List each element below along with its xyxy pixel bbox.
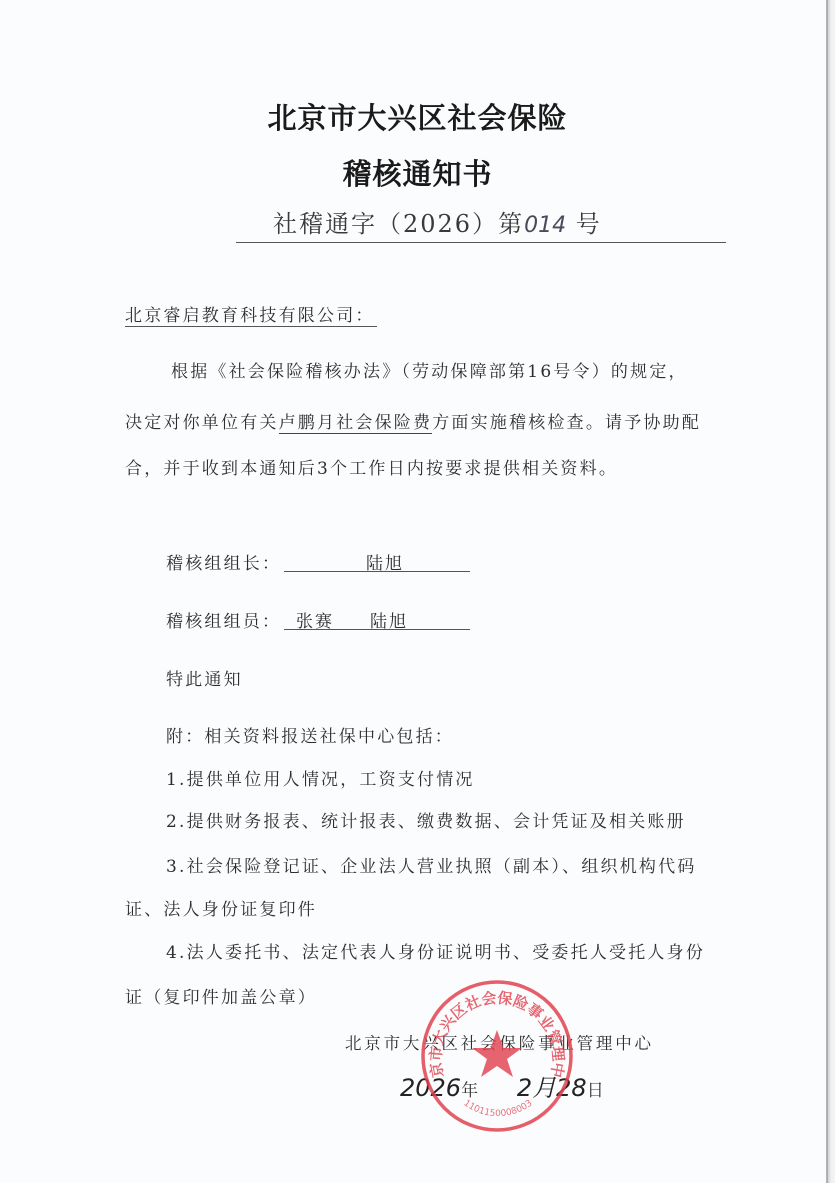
date-day-unit: 日 (587, 1081, 604, 1101)
addressee: 北京睿启教育科技有限公司： (125, 301, 377, 327)
date-year-unit: 年 (461, 1081, 478, 1101)
official-seal-icon: 北京市大兴区社会保险事业管理中心 1101150008003 (419, 978, 575, 1134)
members-fill-line: 张赛 陆旭 (284, 607, 470, 630)
members-label: 稽核组组员： (166, 607, 281, 632)
notice-closing: 特此通知 (166, 665, 243, 690)
attachment-item: 3.社会保险登记证、企业法人营业执照（副本）、组织机构代码 (166, 852, 697, 877)
body-paragraph-3: 合，并于收到本通知后3个工作日内按要求提供相关资料。 (125, 454, 618, 479)
document-number: 社稽通字（2026）第014 号 (273, 204, 602, 239)
attachment-item: 1.提供单位用人情况，工资支付情况 (166, 765, 475, 790)
document-title-line2: 稽核通知书 (0, 152, 835, 193)
attachment-item-continuation: 证（复印件加盖公章） (125, 983, 317, 1008)
member-name: 陆旭 (370, 607, 408, 632)
issuer-name: 北京市大兴区社会保险事业管理中心 (345, 1030, 654, 1054)
member-name: 张赛 (296, 607, 334, 632)
date-year: 2026 (400, 1074, 461, 1102)
attachment-item: 2.提供财务报表、统计报表、缴费数据、会计凭证及相关账册 (166, 807, 686, 832)
leader-name: 陆旭 (366, 549, 404, 574)
document-number-prefix: 社稽通字（2026）第 (273, 210, 524, 238)
document-number-handwritten: 014 (524, 213, 566, 238)
body-paragraph-1: 根据《社会保险稽核办法》（劳动保障部第16号令）的规定， (171, 357, 688, 382)
body-paragraph-2: 决定对你单位有关卢鹏月社会保险费方面实施稽核检查。请予协助配 (125, 408, 701, 433)
date-month-day: 2月28 (517, 1074, 587, 1102)
attachment-item-continuation: 证、法人身份证复印件 (125, 895, 317, 920)
header-divider (236, 242, 726, 243)
document-title-line1: 北京市大兴区社会保险 (0, 96, 835, 137)
body-paragraph-2-before: 决定对你单位有关 (125, 413, 279, 433)
attachments-title: 附：相关资料报送社保中心包括： (166, 722, 454, 747)
audit-subject-underlined: 卢鹏月社会保险费 (279, 413, 433, 434)
svg-text:北京市大兴区社会保险事业管理中心: 北京市大兴区社会保险事业管理中心 (419, 978, 567, 1079)
signature-date: 2026年 2月28日 (400, 1068, 604, 1103)
leader-fill-line: 陆旭 (284, 549, 470, 572)
leader-label: 稽核组组长： (166, 549, 281, 574)
attachment-item: 4.法人委托书、法定代表人身份证说明书、受委托人受托人身份 (166, 938, 705, 963)
document-page: 北京市大兴区社会保险 稽核通知书 社稽通字（2026）第014 号 北京睿启教育… (0, 0, 835, 1183)
body-paragraph-2-after: 方面实施稽核检查。请予协助配 (432, 413, 701, 433)
document-number-suffix: 号 (566, 210, 602, 238)
